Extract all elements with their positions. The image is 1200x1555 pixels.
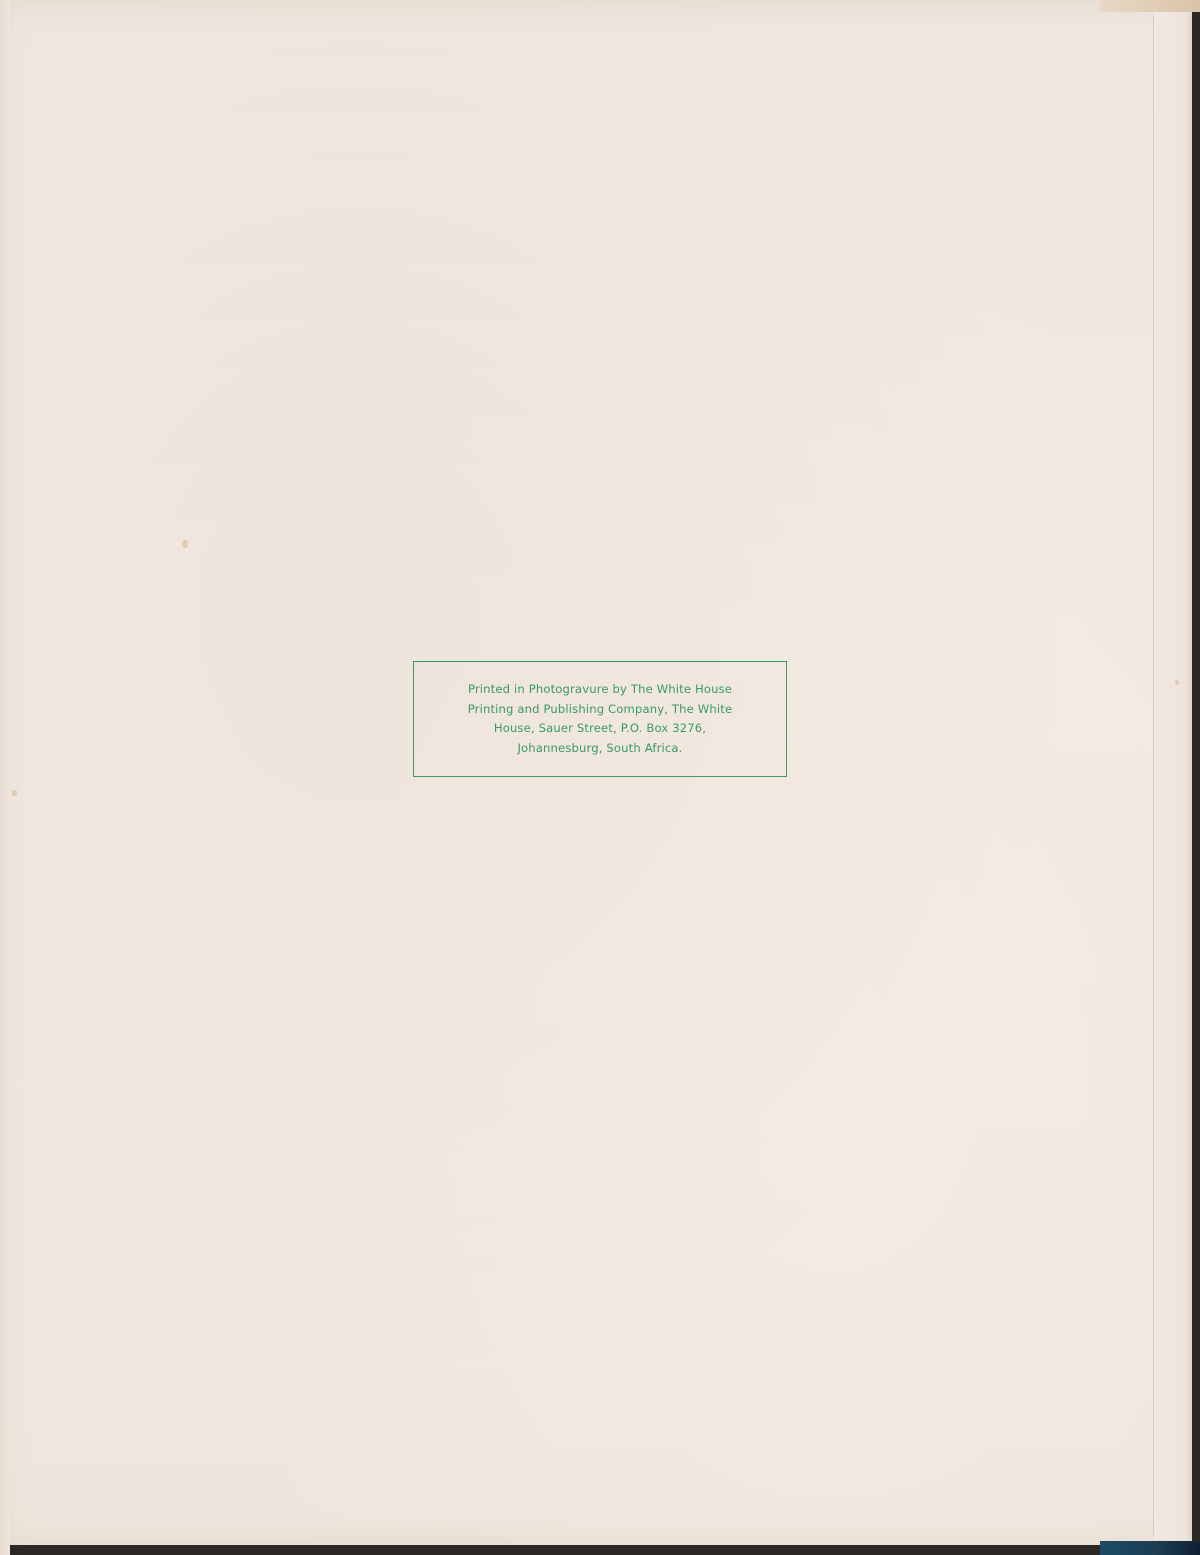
paper-stain xyxy=(12,790,17,796)
paper-stain xyxy=(1175,680,1179,685)
bottom-cover-binding xyxy=(1100,1541,1200,1555)
right-cover-flap xyxy=(1154,10,1192,1540)
printer-imprint-box: Printed in Photogravure by The White Hou… xyxy=(413,661,787,777)
imprint-line: Printing and Publishing Company, The Whi… xyxy=(468,700,733,720)
imprint-line: House, Sauer Street, P.O. Box 3276, xyxy=(494,719,706,739)
imprint-line: Johannesburg, South Africa. xyxy=(517,739,682,759)
imprint-line: Printed in Photogravure by The White Hou… xyxy=(468,680,732,700)
top-worn-edge xyxy=(1100,0,1200,12)
left-page-edge xyxy=(0,0,10,1555)
back-cover-page: Printed in Photogravure by The White Hou… xyxy=(0,0,1192,1545)
fold-line xyxy=(1153,15,1154,1535)
paper-stain xyxy=(182,540,188,548)
